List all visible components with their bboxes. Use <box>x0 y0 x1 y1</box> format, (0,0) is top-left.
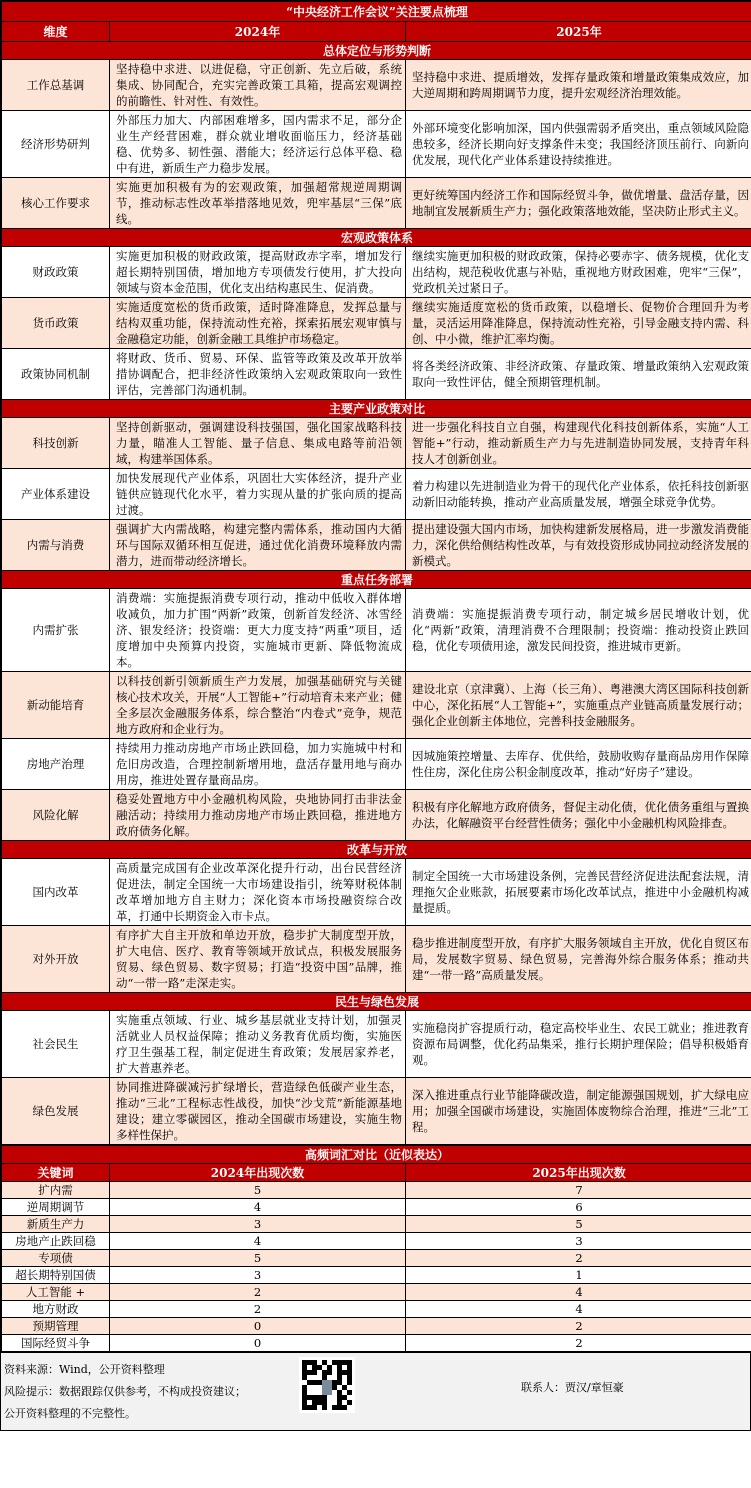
dimension-cell: 财政政策 <box>2 247 110 298</box>
keyword-header-2024: 2024年出现次数 <box>110 1164 406 1182</box>
dimension-cell: 绿色发展 <box>2 1078 110 1145</box>
table-row: 政策协同机制将财政、货币、贸易、环保、监管等政策及改革开放举措协调配合，把非经济… <box>2 349 751 400</box>
keyword-row: 逆周期调节46 <box>2 1199 751 1216</box>
keyword-table: 高频词汇对比（近似表达） 关键词 2024年出现次数 2025年出现次数 扩内需… <box>1 1145 751 1352</box>
count-2024-cell: 4 <box>110 1199 406 1216</box>
table-row: 国内改革高质量完成国有企业改革深化提升行动，出台民营经济促进法，制定全国统一大市… <box>2 859 751 926</box>
content-2024-cell: 协同推进降碳减污扩绿增长，营造绿色低碳产业生态，推动“三北”工程标志性战役，加快… <box>110 1078 406 1145</box>
keyword-header-2025: 2025年出现次数 <box>406 1164 751 1182</box>
section-header: 总体定位与形势判断 <box>2 42 751 60</box>
table-row: 社会民生实施重点领域、行业、城乡基层就业支持计划，加强灵活就业人员权益保障；推动… <box>2 1011 751 1078</box>
dimension-cell: 内需与消费 <box>2 520 110 571</box>
content-2024-cell: 高质量完成国有企业改革深化提升行动，出台民营经济促进法，制定全国统一大市场建设指… <box>110 859 406 926</box>
count-2024-cell: 2 <box>110 1284 406 1301</box>
keyword-header-word: 关键词 <box>2 1164 110 1182</box>
keyword-row: 超长期特别国债31 <box>2 1267 751 1284</box>
header-dimension: 维度 <box>2 22 110 42</box>
dimension-cell: 产业体系建设 <box>2 469 110 520</box>
section-title: 宏观政策体系 <box>2 229 751 247</box>
section-title: 主要产业政策对比 <box>2 400 751 418</box>
dimension-cell: 工作总基调 <box>2 60 110 111</box>
count-2024-cell: 2 <box>110 1301 406 1318</box>
content-2024-cell: 持续用力推动房地产市场止跌回稳，加力实施城中村和危旧房改造，合理控制新增用地，盘… <box>110 739 406 790</box>
keyword-row: 专项债52 <box>2 1250 751 1267</box>
section-header: 重点任务部署 <box>2 571 751 589</box>
section-header: 民生与绿色发展 <box>2 993 751 1011</box>
title-row: “中央经济工作会议”关注要点梳理 <box>2 2 751 22</box>
keyword-cell: 人工智能 + <box>2 1284 110 1301</box>
content-2025-cell: 实施稳岗扩容提质行动，稳定高校毕业生、农民工就业；推进教育资源布局调整，优化药品… <box>406 1011 751 1078</box>
table-row: 财政政策实施更加积极的财政政策，提高财政赤字率，增加发行超长期特别国债，增加地方… <box>2 247 751 298</box>
keyword-cell: 扩内需 <box>2 1182 110 1199</box>
keyword-row: 扩内需57 <box>2 1182 751 1199</box>
count-2025-cell: 5 <box>406 1216 751 1233</box>
keyword-cell: 新质生产力 <box>2 1216 110 1233</box>
keyword-cell: 预期管理 <box>2 1318 110 1335</box>
count-2024-cell: 3 <box>110 1216 406 1233</box>
count-2025-cell: 3 <box>406 1233 751 1250</box>
content-2025-cell: 因城施策控增量、去库存、优供给，鼓励收购存量商品房用作保障性住房，深化住房公积金… <box>406 739 751 790</box>
keyword-row: 地方财政24 <box>2 1301 751 1318</box>
qr-code-icon <box>299 1357 355 1413</box>
dimension-cell: 国内改革 <box>2 859 110 926</box>
table-row: 风险化解稳妥处置地方中小金融机构风险，央地协同打击非法金融活动；持续用力推动房地… <box>2 790 751 841</box>
section-header-keywords: 高频词汇对比（近似表达） <box>2 1146 751 1164</box>
count-2025-cell: 1 <box>406 1267 751 1284</box>
content-2024-cell: 消费端：实施提振消费专项行动，推动中低收入群体增收减负，加力扩围“两新”政策，创… <box>110 589 406 672</box>
content-2025-cell: 着力构建以先进制造业为骨干的现代化产业体系，依托科技创新驱动新旧动能转换，推动产… <box>406 469 751 520</box>
header-2024: 2024年 <box>110 22 406 42</box>
keyword-cell: 国际经贸斗争 <box>2 1335 110 1352</box>
sheet-title: “中央经济工作会议”关注要点梳理 <box>2 2 751 22</box>
keyword-cell: 超长期特别国债 <box>2 1267 110 1284</box>
sections-body: 总体定位与形势判断工作总基调坚持稳中求进、以进促稳，守正创新、先立后破，系统集成… <box>2 42 751 1145</box>
table-row: 新动能培育以科技创新引领新质生产力发展，加强基础研究与关键核心技术攻关，开展“人… <box>2 672 751 739</box>
content-2025-cell: 外部环境变化影响加深，国内供强需弱矛盾突出，重点领域风险隐患较多，经济长期向好支… <box>406 111 751 178</box>
dimension-cell: 社会民生 <box>2 1011 110 1078</box>
keyword-cell: 地方财政 <box>2 1301 110 1318</box>
contact-info: 联系人：贾汉/章恒豪 <box>521 1379 624 1395</box>
count-2024-cell: 0 <box>110 1318 406 1335</box>
count-2024-cell: 5 <box>110 1182 406 1199</box>
section-header: 主要产业政策对比 <box>2 400 751 418</box>
count-2025-cell: 7 <box>406 1182 751 1199</box>
count-2024-cell: 3 <box>110 1267 406 1284</box>
main-table: “中央经济工作会议”关注要点梳理 维度 2024年 2025年 总体定位与形势判… <box>1 1 751 1145</box>
dimension-cell: 内需扩张 <box>2 589 110 672</box>
footer: 资料来源：Wind，公开资料整理 风险提示：数据跟踪仅供参考，不构成投资建议； … <box>1 1352 750 1430</box>
count-2025-cell: 2 <box>406 1318 751 1335</box>
content-2025-cell: 深入推进重点行业节能降碳改造，制定能源强国规划，扩大绿电应用；加强全国碳市场建设… <box>406 1078 751 1145</box>
keyword-cell: 房地产止跌回稳 <box>2 1233 110 1250</box>
dimension-cell: 科技创新 <box>2 418 110 469</box>
content-2025-cell: 继续实施更加积极的财政政策，保持必要赤字、债务规模，优化支出结构，规范税收优惠与… <box>406 247 751 298</box>
content-2024-cell: 强调扩大内需战略，构建完整内需体系，推动国内大循环与国际双循环相互促进，通过优化… <box>110 520 406 571</box>
content-2025-cell: 更好统筹国内经济工作和国际经贸斗争，做优增量、盘活存量，因地制宜发展新质生产力；… <box>406 178 751 229</box>
count-2025-cell: 2 <box>406 1335 751 1352</box>
table-row: 房地产治理持续用力推动房地产市场止跌回稳，加力实施城中村和危旧房改造，合理控制新… <box>2 739 751 790</box>
content-2025-cell: 积极有序化解地方政府债务，督促主动化债，优化债务重组与置换办法，化解融资平台经营… <box>406 790 751 841</box>
count-2024-cell: 0 <box>110 1335 406 1352</box>
content-2025-cell: 消费端：实施提振消费专项行动，制定城乡居民增收计划，优化“两新”政策，清理消费不… <box>406 589 751 672</box>
content-2025-cell: 稳步推进制度型开放，有序扩大服务领域自主开放，优化自贸区布局，发展数字贸易、绿色… <box>406 926 751 993</box>
dimension-cell: 经济形势研判 <box>2 111 110 178</box>
content-2024-cell: 将财政、货币、贸易、环保、监管等政策及改革开放举措协调配合，把非经济性政策纳入宏… <box>110 349 406 400</box>
dimension-cell: 房地产治理 <box>2 739 110 790</box>
risk-note-1: 风险提示：数据跟踪仅供参考，不构成投资建议； <box>4 1381 246 1403</box>
count-2025-cell: 6 <box>406 1199 751 1216</box>
header-row: 维度 2024年 2025年 <box>2 22 751 42</box>
content-2025-cell: 进一步强化科技自立自强，构建现代化科技创新体系，实施“人工智能+”行动，推动新质… <box>406 418 751 469</box>
table-row: 内需扩张消费端：实施提振消费专项行动，推动中低收入群体增收减负，加力扩围“两新”… <box>2 589 751 672</box>
keyword-header-row: 关键词 2024年出现次数 2025年出现次数 <box>2 1164 751 1182</box>
table-row: 绿色发展协同推进降碳减污扩绿增长，营造绿色低碳产业生态，推动“三北”工程标志性战… <box>2 1078 751 1145</box>
dimension-cell: 货币政策 <box>2 298 110 349</box>
content-2025-cell: 将各类经济政策、非经济政策、存量政策、增量政策纳入宏观政策取向一致性评估，健全预… <box>406 349 751 400</box>
table-row: 工作总基调坚持稳中求进、以进促稳，守正创新、先立后破，系统集成、协同配合，充实完… <box>2 60 751 111</box>
footer-notes: 资料来源：Wind，公开资料整理 风险提示：数据跟踪仅供参考，不构成投资建议； … <box>4 1359 246 1425</box>
keyword-row: 人工智能 +24 <box>2 1284 751 1301</box>
section-header: 改革与开放 <box>2 841 751 859</box>
content-2025-cell: 制定全国统一大市场建设条例，完善民营经济促进法配套法规，清理拖欠企业账款，拓展要… <box>406 859 751 926</box>
content-2024-cell: 稳妥处置地方中小金融机构风险，央地协同打击非法金融活动；持续用力推动房地产市场止… <box>110 790 406 841</box>
risk-note-2: 公开资料整理的不完整性。 <box>4 1403 246 1425</box>
keyword-row: 国际经贸斗争02 <box>2 1335 751 1352</box>
content-2024-cell: 有序扩大自主开放和单边开放，稳步扩大制度型开放，扩大电信、医疗、教育等领域开放试… <box>110 926 406 993</box>
section-title: 民生与绿色发展 <box>2 993 751 1011</box>
content-2025-cell: 提出建设强大国内市场，加快构建新发展格局，进一步激发消费能力，深化供给侧结构性改… <box>406 520 751 571</box>
table-row: 内需与消费强调扩大内需战略，构建完整内需体系，推动国内大循环与国际双循环相互促进… <box>2 520 751 571</box>
content-2024-cell: 实施适度宽松的货币政策，适时降准降息，发挥总量与结构双重功能，保持流动性充裕，探… <box>110 298 406 349</box>
count-2024-cell: 5 <box>110 1250 406 1267</box>
table-row: 科技创新坚持创新驱动，强调建设科技强国，强化国家战略科技力量，瞄准人工智能、量子… <box>2 418 751 469</box>
content-2024-cell: 以科技创新引领新质生产力发展，加强基础研究与关键核心技术攻关，开展“人工智能+”… <box>110 672 406 739</box>
header-2025: 2025年 <box>406 22 751 42</box>
count-2025-cell: 4 <box>406 1301 751 1318</box>
section-title: 总体定位与形势判断 <box>2 42 751 60</box>
table-row: 产业体系建设加快发展现代产业体系，巩固壮大实体经济，提升产业链供应链现代化水平，… <box>2 469 751 520</box>
content-2024-cell: 坚持稳中求进、以进促稳，守正创新、先立后破，系统集成、协同配合，充实完善政策工具… <box>110 60 406 111</box>
keyword-cell: 逆周期调节 <box>2 1199 110 1216</box>
source-note: 资料来源：Wind，公开资料整理 <box>4 1359 246 1381</box>
table-row: 经济形势研判外部压力加大、内部困难增多，国内需求不足，部分企业生产经营困难，群众… <box>2 111 751 178</box>
count-2025-cell: 4 <box>406 1284 751 1301</box>
keyword-cell: 专项债 <box>2 1250 110 1267</box>
content-2024-cell: 坚持创新驱动，强调建设科技强国，强化国家战略科技力量，瞄准人工智能、量子信息、集… <box>110 418 406 469</box>
table-row: 对外开放有序扩大自主开放和单边开放，稳步扩大制度型开放，扩大电信、医疗、教育等领… <box>2 926 751 993</box>
content-2024-cell: 外部压力加大、内部困难增多，国内需求不足，部分企业生产经营困难，群众就业增收面临… <box>110 111 406 178</box>
count-2024-cell: 4 <box>110 1233 406 1250</box>
content-2025-cell: 建设北京（京津冀）、上海（长三角）、粤港澳大湾区国际科技创新中心，深化拓展“人工… <box>406 672 751 739</box>
content-2024-cell: 实施更加积极有为的宏观政策，加强超常规逆周期调节，推动标志性改革举措落地见效，兜… <box>110 178 406 229</box>
keyword-row: 预期管理02 <box>2 1318 751 1335</box>
keyword-row: 房地产止跌回稳43 <box>2 1233 751 1250</box>
dimension-cell: 对外开放 <box>2 926 110 993</box>
section-header: 宏观政策体系 <box>2 229 751 247</box>
section-title: 改革与开放 <box>2 841 751 859</box>
content-2024-cell: 加快发展现代产业体系，巩固壮大实体经济，提升产业链供应链现代化水平，着力实现从量… <box>110 469 406 520</box>
table-row: 核心工作要求实施更加积极有为的宏观政策，加强超常规逆周期调节，推动标志性改革举措… <box>2 178 751 229</box>
content-2025-cell: 继续实施适度宽松的货币政策，以稳增长、促物价合理回升为考量，灵活运用降准降息，保… <box>406 298 751 349</box>
table-row: 货币政策实施适度宽松的货币政策，适时降准降息，发挥总量与结构双重功能，保持流动性… <box>2 298 751 349</box>
dimension-cell: 核心工作要求 <box>2 178 110 229</box>
section-title: 重点任务部署 <box>2 571 751 589</box>
dimension-cell: 新动能培育 <box>2 672 110 739</box>
qr-code-pattern <box>302 1360 352 1410</box>
keyword-row: 新质生产力35 <box>2 1216 751 1233</box>
dimension-cell: 政策协同机制 <box>2 349 110 400</box>
policy-comparison-sheet: “中央经济工作会议”关注要点梳理 维度 2024年 2025年 总体定位与形势判… <box>0 0 751 1431</box>
dimension-cell: 风险化解 <box>2 790 110 841</box>
content-2025-cell: 坚持稳中求进、提质增效，发挥存量政策和增量政策集成效应，加大逆周期和跨周期调节力… <box>406 60 751 111</box>
content-2024-cell: 实施重点领域、行业、城乡基层就业支持计划，加强灵活就业人员权益保障；推动义务教育… <box>110 1011 406 1078</box>
content-2024-cell: 实施更加积极的财政政策，提高财政赤字率，增加发行超长期特别国债，增加地方专项债发… <box>110 247 406 298</box>
count-2025-cell: 2 <box>406 1250 751 1267</box>
keyword-body: 扩内需57逆周期调节46新质生产力35房地产止跌回稳43专项债52超长期特别国债… <box>2 1182 751 1352</box>
